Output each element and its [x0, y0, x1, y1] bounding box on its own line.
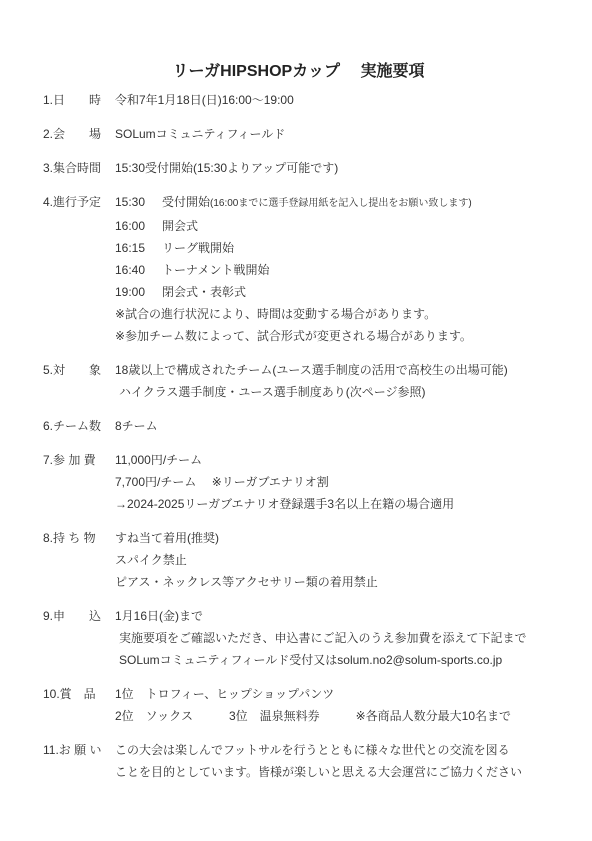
schedule-note: ※参加チーム数によって、試合形式が変更される場合があります。 — [115, 325, 554, 347]
section-belongings: 8.持 ち 物 すね当て着用(推奨) スパイク禁止 ピアス・ネックレス等アクセサ… — [43, 527, 554, 593]
section-eligibility-line: ハイクラス選手制度・ユース選手制度あり(次ページ参照) — [115, 381, 554, 403]
schedule-item: 16:00開会式 — [115, 215, 554, 237]
section-meeting-time-line: 15:30受付開始(15:30よりアップ可能です) — [115, 157, 554, 179]
section-venue-line: SOLumコミュニティフィールド — [115, 123, 554, 145]
section-belongings-line: スパイク禁止 — [115, 549, 554, 571]
document-title: リーガHIPSHOPカップ 実施要項 — [43, 62, 554, 82]
schedule-time: 16:00 — [115, 215, 162, 237]
section-entry-fee: 7.参 加 費 11,000円/チーム 7,700円/チーム ※リーガブエナリオ… — [43, 449, 554, 515]
section-belongings-line: すね当て着用(推奨) — [115, 527, 554, 549]
section-prizes-line: 2位 ソックス 3位 温泉無料券 ※各商品人数分最大10名まで — [115, 705, 554, 727]
schedule-event: 開会式 — [162, 219, 198, 233]
section-request-line: この大会は楽しんでフットサルを行うとともに様々な世代との交流を図る — [115, 739, 554, 761]
section-request: 11.お 願 い この大会は楽しんでフットサルを行うとともに様々な世代との交流を… — [43, 739, 554, 783]
schedule-time: 19:00 — [115, 281, 162, 303]
schedule-item: 19:00閉会式・表彰式 — [115, 281, 554, 303]
section-prizes-line: 1位 トロフィー、ヒップショップパンツ — [115, 683, 554, 705]
section-application-email: SOLumコミュニティフィールド受付又はsolum.no2@solum-spor… — [115, 649, 554, 671]
section-prizes-label: 10.賞 品 — [43, 683, 115, 705]
section-belongings-label: 8.持 ち 物 — [43, 527, 115, 549]
section-schedule: 4.進行予定 15:30受付開始(16:00までに選手登録用紙を記入し提出をお願… — [43, 191, 554, 347]
section-request-label: 11.お 願 い — [43, 739, 115, 761]
schedule-time: 16:15 — [115, 237, 162, 259]
section-team-count: 6.チーム数 8チーム — [43, 415, 554, 437]
section-application-line: 実施要項をご確認いただき、申込書にご記入のうえ参加費を添えて下記まで — [115, 627, 554, 649]
section-date: 1.日 時 令和7年1月18日(日)16:00～19:00 — [43, 89, 554, 111]
section-application-line: 1月16日(金)まで — [115, 605, 554, 627]
section-eligibility-label: 5.対 象 — [43, 359, 115, 381]
section-eligibility: 5.対 象 18歳以上で構成されたチーム(ユース選手制度の活用で高校生の出場可能… — [43, 359, 554, 403]
section-entry-fee-line: →2024-2025リーガブエナリオ登録選手3名以上在籍の場合適用 — [115, 493, 554, 515]
schedule-item: 15:30受付開始(16:00までに選手登録用紙を記入し提出をお願い致します) — [115, 191, 554, 215]
schedule-event: 受付開始 — [162, 195, 210, 209]
section-meeting-time: 3.集合時間 15:30受付開始(15:30よりアップ可能です) — [43, 157, 554, 179]
section-venue-label: 2.会 場 — [43, 123, 115, 145]
schedule-event: 閉会式・表彰式 — [162, 285, 246, 299]
section-entry-fee-line: 7,700円/チーム ※リーガブエナリオ割 — [115, 471, 554, 493]
schedule-event: トーナメント戦開始 — [162, 263, 270, 277]
section-schedule-label: 4.進行予定 — [43, 191, 115, 213]
schedule-event: リーグ戦開始 — [162, 241, 234, 255]
section-team-count-label: 6.チーム数 — [43, 415, 115, 437]
schedule-time: 16:40 — [115, 259, 162, 281]
section-request-line: ことを目的としています。皆様が楽しいと思える大会運営にご協力ください — [115, 761, 554, 783]
schedule-item: 16:15リーグ戦開始 — [115, 237, 554, 259]
section-date-label: 1.日 時 — [43, 89, 115, 111]
section-belongings-line: ピアス・ネックレス等アクセサリー類の着用禁止 — [115, 571, 554, 593]
section-eligibility-line: 18歳以上で構成されたチーム(ユース選手制度の活用で高校生の出場可能) — [115, 359, 554, 381]
section-entry-fee-line: 11,000円/チーム — [115, 449, 554, 471]
schedule-time: 15:30 — [115, 191, 162, 213]
section-date-line: 令和7年1月18日(日)16:00～19:00 — [115, 89, 554, 111]
section-application-label: 9.申 込 — [43, 605, 115, 627]
document-page: リーガHIPSHOPカップ 実施要項 1.日 時 令和7年1月18日(日)16:… — [0, 0, 592, 841]
schedule-event-note: (16:00までに選手登録用紙を記入し提出をお願い致します) — [210, 198, 472, 209]
section-application: 9.申 込 1月16日(金)まで 実施要項をご確認いただき、申込書にご記入のうえ… — [43, 605, 554, 671]
section-venue: 2.会 場 SOLumコミュニティフィールド — [43, 123, 554, 145]
section-team-count-line: 8チーム — [115, 415, 554, 437]
section-meeting-time-label: 3.集合時間 — [43, 157, 115, 179]
section-entry-fee-label: 7.参 加 費 — [43, 449, 115, 471]
schedule-item: 16:40トーナメント戦開始 — [115, 259, 554, 281]
schedule-note: ※試合の進行状況により、時間は変動する場合があります。 — [115, 303, 554, 325]
section-prizes: 10.賞 品 1位 トロフィー、ヒップショップパンツ 2位 ソックス 3位 温泉… — [43, 683, 554, 727]
